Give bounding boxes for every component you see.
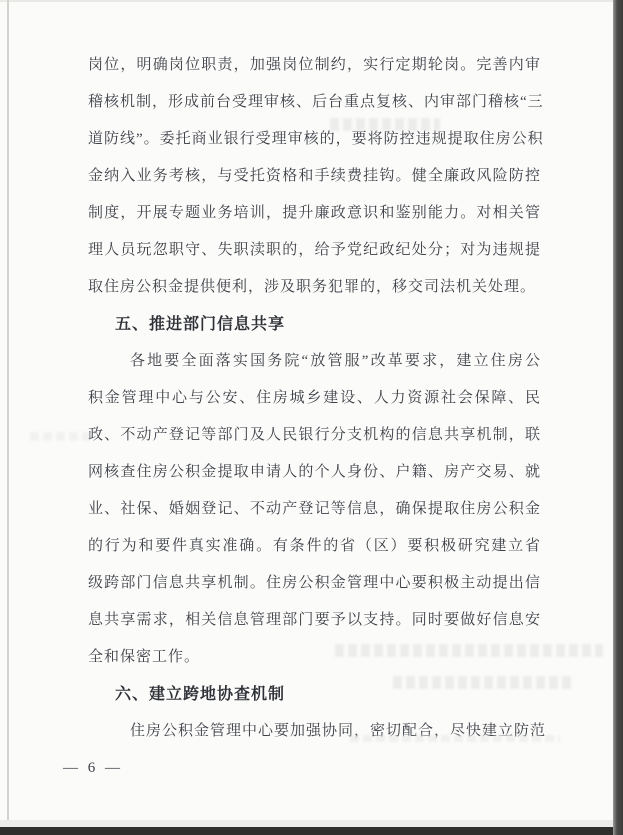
text-line: 岗位，明确岗位职责，加强岗位制约，实行定期轮岗。完善内审 [88, 47, 541, 84]
text-line: 息共享需求，相关信息管理部门要予以支持。同时要做好信息安 [88, 602, 541, 639]
document-page: 岗位，明确岗位职责，加强岗位制约，实行定期轮岗。完善内审 稽核机制，形成前台受理… [0, 0, 623, 835]
text-line: 取住房公积金提供便利，涉及职务犯罪的，移交司法机关处理。 [88, 269, 541, 306]
scan-edge-bottom-shadow [0, 820, 623, 827]
text-line: 制度，开展专题业务培训，提升廉政意识和鉴别能力。对相关管 [88, 195, 541, 232]
text-line: 稽核机制，形成前台受理审核、后台重点复核、内审部门稽核“三 [88, 84, 541, 121]
scan-edge-right [613, 0, 623, 835]
text-line: 全和保密工作。 [88, 639, 541, 676]
section-heading-5: 五、推进部门信息共享 [88, 306, 541, 343]
text-line: 各地要全面落实国务院“放管服”改革要求，建立住房公 [88, 343, 541, 380]
ink-bleed-through [30, 432, 90, 441]
text-line: 金纳入业务考核，与受托资格和手续费挂钩。健全廉政风险防控 [88, 158, 541, 195]
page-number: — 6 — [63, 760, 123, 777]
text-line: 业、社保、婚姻登记、不动产登记等信息，确保提取住房公积金 [88, 491, 541, 528]
scan-edge-top [0, 0, 623, 2]
document-body: 岗位，明确岗位职责，加强岗位制约，实行定期轮岗。完善内审 稽核机制，形成前台受理… [88, 47, 541, 750]
text-line: 网核查住房公积金提取申请人的个人身份、户籍、房产交易、就 [88, 454, 541, 491]
text-line: 理人员玩忽职守、失职渎职的，给予党纪政纪处分；对为违规提 [88, 232, 541, 269]
text-line: 住房公积金管理中心要加强协同，密切配合，尽快建立防范 [88, 713, 541, 750]
section-heading-6: 六、建立跨地协查机制 [88, 676, 541, 713]
text-line: 道防线”。委托商业银行受理审核的，要将防控违规提取住房公积 [88, 121, 541, 158]
text-line: 政、不动产登记等部门及人民银行分支机构的信息共享机制，联 [88, 417, 541, 454]
text-line: 的行为和要件真实准确。有条件的省（区）要积极研究建立省 [88, 528, 541, 565]
scan-edge-bottom [0, 827, 623, 835]
text-line: 级跨部门信息共享机制。住房公积金管理中心要积极主动提出信 [88, 565, 541, 602]
text-line: 积金管理中心与公安、住房城乡建设、人力资源社会保障、民 [88, 380, 541, 417]
scan-edge-left [7, 0, 9, 835]
